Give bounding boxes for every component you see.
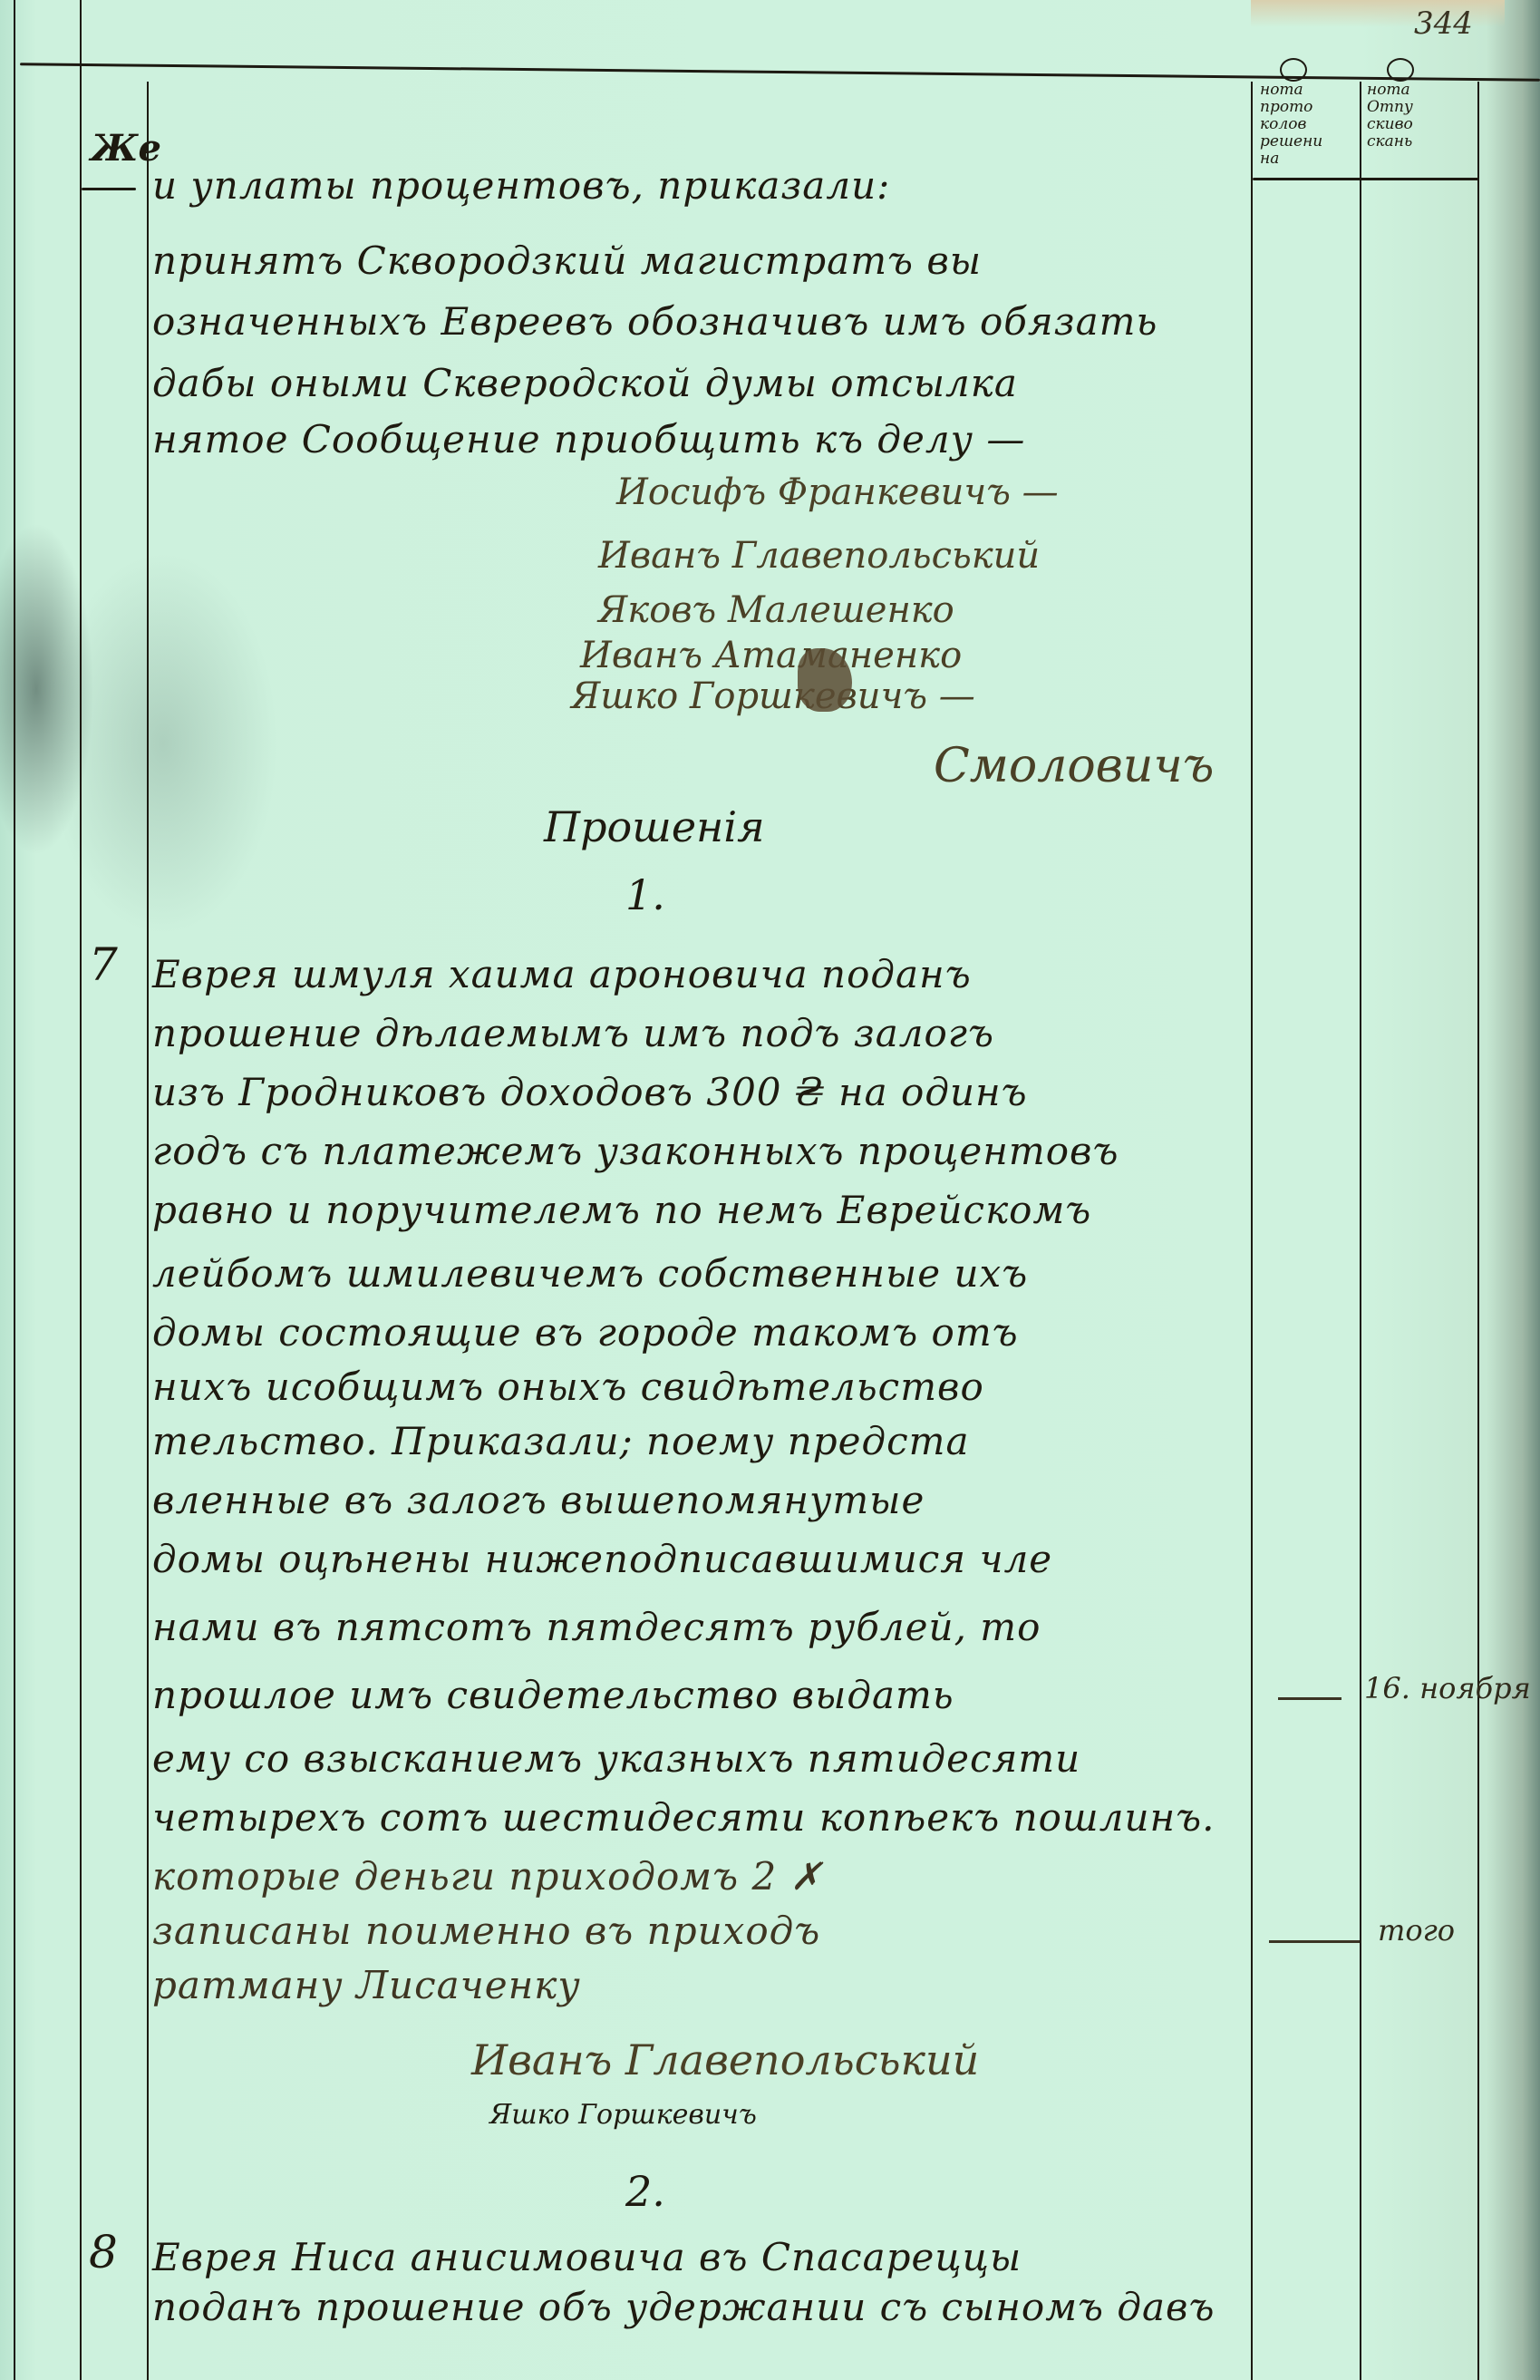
signature: Яшко Горшкевичъ — (571, 675, 975, 717)
signature: Яшко Горшкевичъ (489, 2099, 757, 2131)
row-number: 7 (89, 938, 118, 991)
text-line: ему со взысканиемъ указныхъ пятидесяти (152, 1732, 1080, 1786)
text-line: прошлое имъ свидетельство выдать (152, 1668, 954, 1723)
circled-mark-icon (1387, 58, 1414, 82)
text-line: нятое Сообщение приобщить къ делу — (152, 413, 1025, 467)
section-title: Прошенія (544, 802, 765, 851)
column-header-protocols: нота прото колов решени на (1260, 82, 1322, 168)
column-header-dispatch: нота Отпу скиво скань (1367, 82, 1413, 151)
text-line: лейбомъ шмилевичемъ собственные ихъ (152, 1247, 1028, 1301)
binding-rule (14, 0, 15, 2380)
text-line: нихъ исобщимъ оныхъ свидѣтельство (152, 1360, 984, 1414)
protocol-dash (1278, 1697, 1341, 1700)
text-line: Еврея шмуля хаима ароновича поданъ (152, 947, 972, 1002)
text-line: вленные въ залогъ вышепомянутые (152, 1473, 925, 1528)
circled-mark-icon (1280, 58, 1307, 82)
entry-number-heading: 1. (625, 870, 665, 919)
text-line: принятъ Сквородзкий магистратъ вы (152, 234, 982, 288)
text-line: прошение дѣлаемымъ имъ подъ залогъ (152, 1006, 994, 1061)
text-line: нами въ пятсотъ пятдесятъ рублей, то (152, 1600, 1041, 1655)
text-line: тельство. Приказали; поему предста (152, 1414, 970, 1469)
text-line: и уплаты процентовъ, приказали: (152, 159, 890, 213)
text-line: записаны поименно въ приходъ (152, 1904, 820, 1958)
dispatch-note: того (1378, 1915, 1455, 1946)
signature: Яковъ Малешенко (598, 589, 954, 631)
secretary-signature: Смоловичъ (934, 739, 1214, 793)
protocol-column-rule (1251, 82, 1253, 2380)
text-line: равно и поручителемъ по немъ Еврейскомъ (152, 1183, 1091, 1238)
signature: Иванъ Главепольський (598, 535, 1040, 577)
text-line: поданъ прошение объ удержании съ сыномъ … (152, 2280, 1215, 2335)
text-line: домы состоящие въ городе такомъ отъ (152, 1306, 1019, 1360)
dispatch-column-rule (1360, 82, 1361, 2380)
signature: Иосифъ Франкевичъ — (616, 471, 1059, 513)
text-line: годъ съ платежемъ узаконныхъ процентовъ (152, 1124, 1119, 1179)
folio-number: 344 (1414, 5, 1473, 42)
text-column-rule (147, 82, 149, 2380)
left-margin-rule (80, 0, 82, 2380)
protocol-date: 16. ноября (1364, 1673, 1531, 1704)
signature: Иванъ Главепольський (471, 2035, 979, 2084)
text-line: четырехъ сотъ шестидесяти копѣекъ пошлин… (152, 1791, 1216, 1845)
marginal-mark: Же (91, 127, 161, 170)
text-line: Еврея Ниса анисимовича въ Спасареццы (152, 2230, 1022, 2285)
text-line: дабы оными Скверодской думы отсылка (152, 356, 1018, 411)
text-line: домы оцѣнены нижеподписавшимися чле (152, 1532, 1052, 1587)
right-margin-rule (1477, 82, 1479, 2380)
row-number: 8 (89, 2226, 118, 2278)
text-line: ратману Лисаченку (152, 1958, 581, 2013)
dispatch-dash (1269, 1940, 1360, 1943)
text-line: означенныхъ Евреевъ обозначивъ имъ обяза… (152, 295, 1157, 349)
entry-number-heading: 2. (625, 2167, 665, 2216)
marginal-rule (82, 188, 136, 190)
text-line: изъ Гродниковъ доходовъ 300 ₴ на одинъ (152, 1065, 1028, 1120)
text-line: которые деньги приходомъ 2 ✗ (152, 1850, 823, 1904)
column-header-rule (1253, 178, 1479, 180)
signature: Иванъ Атаманенко (580, 635, 962, 676)
